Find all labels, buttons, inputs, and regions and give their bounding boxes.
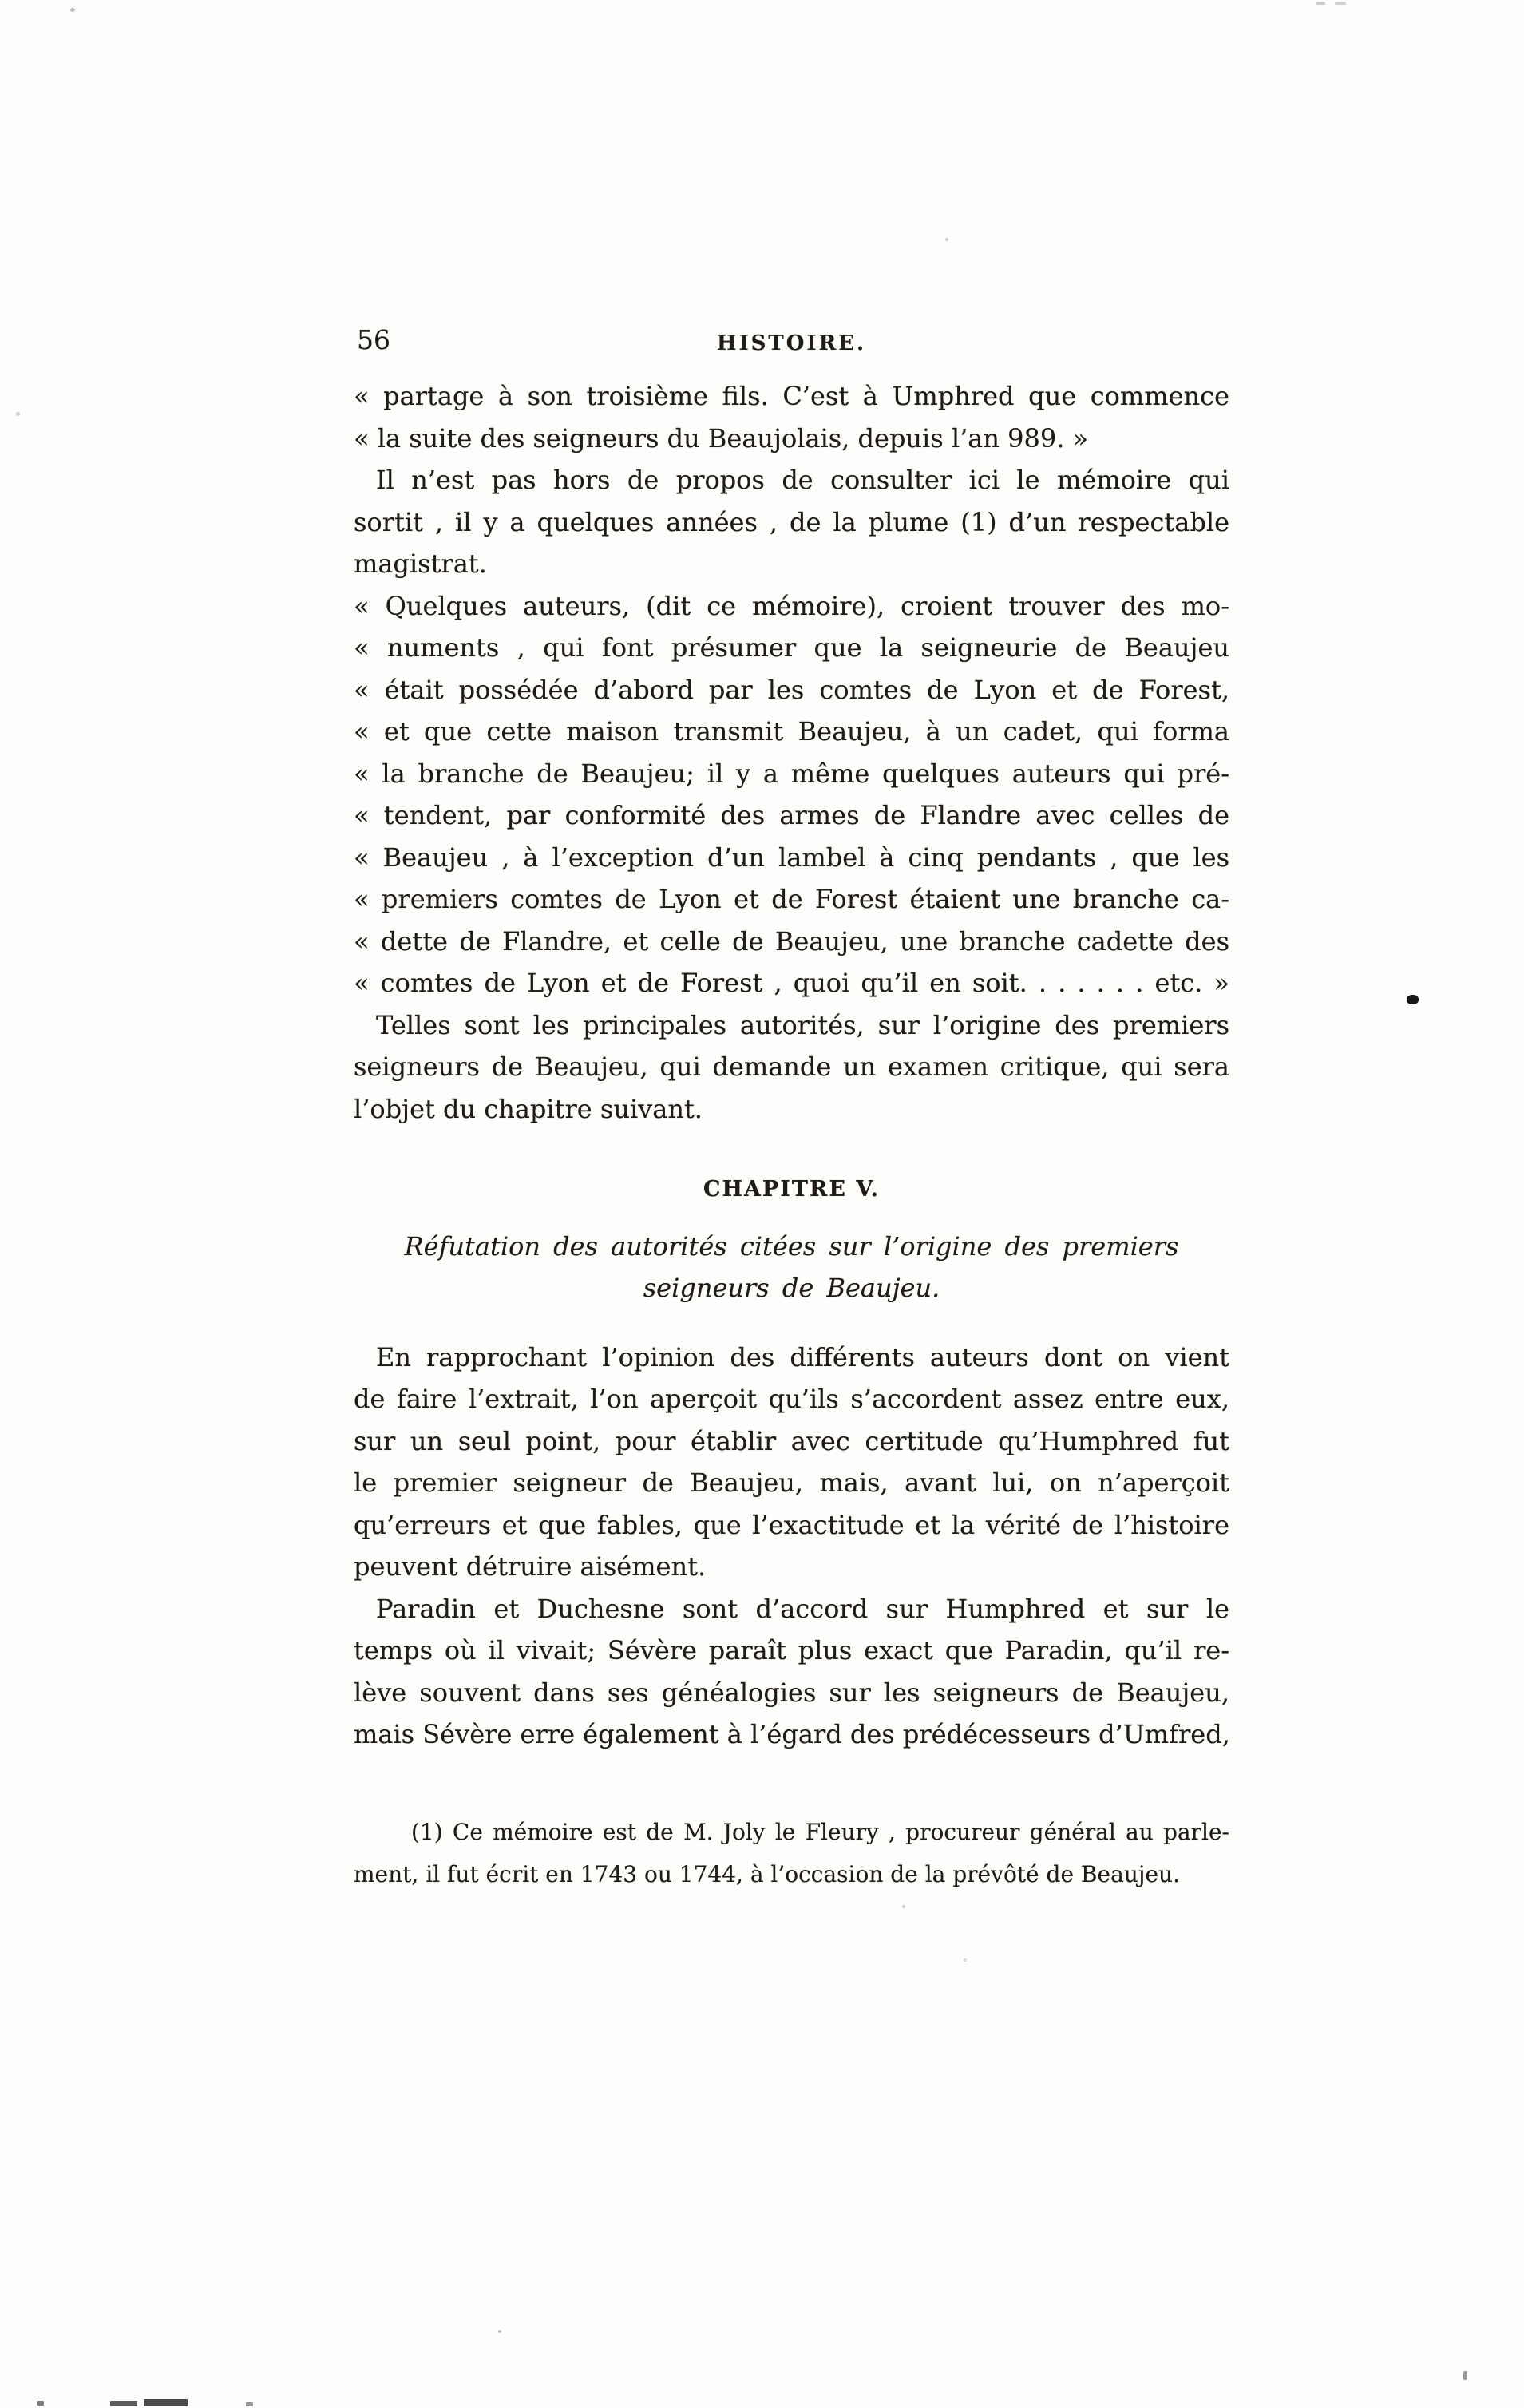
text-line: qu’erreurs et que fables, que l’exactitu… [354,1504,1229,1547]
text-line: sur un seul point, pour établir avec cer… [354,1420,1229,1463]
scan-artifact [498,2330,501,2333]
text-line: peuvent détruire aisément. [354,1546,1229,1588]
text-line: de faire l’extrait, l’on aperçoit qu’ils… [354,1378,1229,1420]
scan-artifact [37,2401,44,2406]
footnote-block: (1) Ce mémoire est de M. Joly le Fleury … [354,1811,1229,1895]
scan-artifact [1316,2,1325,5]
text-line: « la branche de Beaujeu; il y a même que… [354,753,1229,795]
text-line: l’objet du chapitre suivant. [354,1088,1229,1131]
scan-artifact [144,2399,188,2406]
chapter-line: CHAPITRE V. [354,1169,1229,1211]
text-line: seigneurs de Beaujeu, qui demande un exa… [354,1046,1229,1088]
text-line: magistrat. [354,543,1229,585]
text-line: temps où il vivait; Sévère paraît plus e… [354,1630,1229,1672]
text-block: « partage à son troisième fils. C’est à … [354,375,1229,1756]
text-line: sortit , il y a quelques années , de la … [354,501,1229,544]
text-line: « comtes de Lyon et de Forest , quoi qu’… [354,962,1229,1004]
text-line: « tendent, par conformité des armes de F… [354,794,1229,837]
text-line: « était possédée d’abord par les comtes … [354,669,1229,711]
subtitle-line: Réfutation des autorités citées sur l’or… [354,1226,1229,1268]
text-line: « numents , qui font présumer que la sei… [354,627,1229,669]
scan-artifact [1463,2371,1467,2380]
scan-artifact [945,238,948,241]
scan-artifact [70,8,75,12]
book-page: 56 HISTOIRE. « partage à son troisième f… [0,0,1524,2408]
text-line: Il n’est pas hors de propos de consulter… [354,459,1229,501]
text-line: En rapprochant l’opinion des différents … [354,1337,1229,1379]
scan-artifact [902,1905,905,1908]
text-line: « partage à son troisième fils. C’est à … [354,375,1229,418]
scan-artifact [246,2402,253,2406]
text-line: mais Sévère erre également à l’égard des… [354,1713,1229,1756]
text-line: « Beaujeu , à l’exception d’un lambel à … [354,837,1229,879]
scan-artifact [16,412,20,416]
text-line: Telles sont les principales autorités, s… [354,1004,1229,1047]
text-line: Paradin et Duchesne sont d’accord sur Hu… [354,1588,1229,1630]
subtitle-line: seigneurs de Beaujeu. [354,1267,1229,1309]
text-line: « premiers comtes de Lyon et de Forest é… [354,878,1229,921]
scan-artifact [1407,995,1419,1004]
footnote-line: ment, il fut écrit en 1743 ou 1744, à l’… [354,1853,1229,1895]
text-line: « et que cette maison transmit Beaujeu, … [354,711,1229,753]
scan-artifact [110,2401,137,2406]
text-line: « Quelques auteurs, (dit ce mémoire), cr… [354,585,1229,628]
scan-artifact [964,1958,967,1962]
text-line: « dette de Flandre, et celle de Beaujeu,… [354,921,1229,963]
footnote-line: (1) Ce mémoire est de M. Joly le Fleury … [354,1811,1229,1853]
text-line: lève souvent dans ses généalogies sur le… [354,1672,1229,1714]
scan-artifact [1335,2,1346,5]
text-line: « la suite des seigneurs du Beaujolais, … [354,418,1229,460]
running-head: HISTOIRE. [354,331,1229,356]
text-line: le premier seigneur de Beaujeu, mais, av… [354,1462,1229,1504]
